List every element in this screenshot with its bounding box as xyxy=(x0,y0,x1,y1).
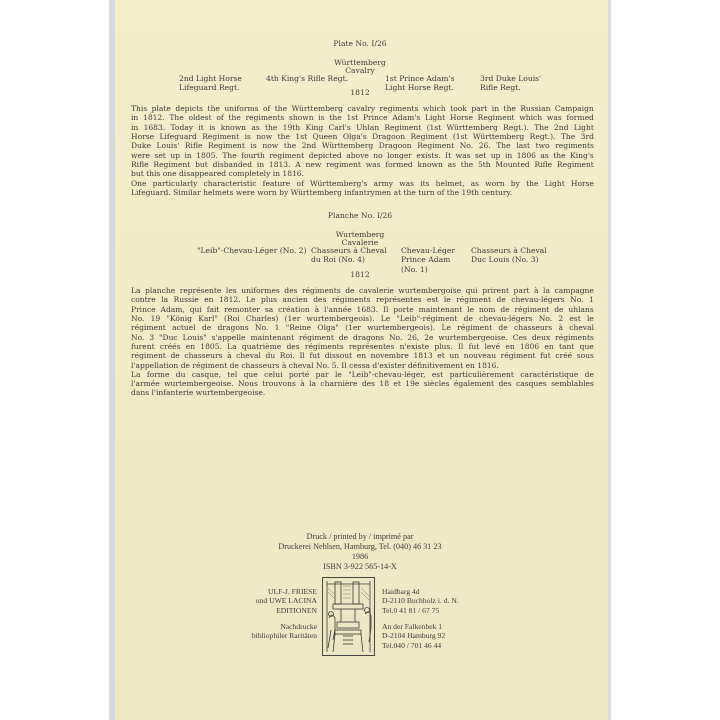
paragraph-line: in1812.Theoldestoftheregimentsshownisthe… xyxy=(131,113,594,122)
description-fr: Laplanchereprésentelesuniformesdesrégime… xyxy=(131,286,594,398)
regiment-en-4-line-2: Rifle Regt. xyxy=(480,83,541,92)
regiment-fr-2-line-2: du Roi (No. 4) xyxy=(311,255,387,264)
address-1-city: D-2110 Buchholz i. d. N. xyxy=(382,596,459,605)
publisher-tagline: Nachdrucke bibliophiler Raritäten xyxy=(230,622,317,641)
regiment-en-3-line-2: Light Horse Regt. xyxy=(385,83,454,92)
paragraph-line: l'arméewurtembergeoise.Noustrouvonsàlach… xyxy=(131,379,594,388)
regiment-fr-3-line-3: (No. 1) xyxy=(401,265,455,274)
paragraph-line: furentcréésen1805.Laquatrièmedesrégiment… xyxy=(131,342,594,351)
imprint-printer: Druckerei Nehlsen, Hamburg, Tel. (040) 4… xyxy=(240,542,480,552)
regiment-en-4: 3rd Duke Louis' Rifle Regt. xyxy=(480,74,541,93)
regiment-en-2-line-1: 4th King's Rifle Regt. xyxy=(266,74,348,83)
regiment-en-3: 1st Prince Adam's Light Horse Regt. xyxy=(385,74,454,93)
regiment-en-3-line-1: 1st Prince Adam's xyxy=(385,74,454,83)
paragraph-line: OneparticularlycharacteristicfeatureofWü… xyxy=(131,179,594,188)
page-edge-right xyxy=(608,0,611,720)
regiment-en-2: 4th King's Rifle Regt. xyxy=(266,74,348,83)
publisher-name-line-1: ULF-J. FRIESE xyxy=(240,587,317,596)
plate-number-en: Plate No. I/26 xyxy=(310,39,410,48)
regiment-fr-1: "Leib"-Chevau-Léger (No. 2) xyxy=(197,246,306,255)
publisher-name-line-2: und UWE LACINA xyxy=(240,596,317,605)
paragraph-line: RifleRegimentbutdisbandedin1813.Anewregi… xyxy=(131,160,594,169)
paragraph-line: No.3"DucLouis"s'appellemaintenantrégimen… xyxy=(131,333,594,342)
paragraph-line: weresetupin1805.Thefourthregimentdepicte… xyxy=(131,151,594,160)
address-1-phone: Tel.0 41 81 / 67 75 xyxy=(382,606,459,615)
year-en: 1812 xyxy=(330,88,390,97)
regiment-fr-1-line-1: "Leib"-Chevau-Léger (No. 2) xyxy=(197,246,306,255)
address-1-street: Haidbarg 4d xyxy=(382,587,459,596)
paragraph-line: dans l'infanterie wurtembergeoise. xyxy=(131,388,594,397)
regiment-fr-3: Chevau-Léger Prince Adam (No. 1) xyxy=(401,246,455,274)
regiment-fr-3-line-1: Chevau-Léger xyxy=(401,246,455,255)
paragraph-line: l'appellation de régiment de chasseurs à… xyxy=(131,361,594,370)
paragraph-line: Laplanchereprésentelesuniformesdesrégime… xyxy=(131,286,594,295)
paragraph-line: Lifeguard. Similar helmets were worn by … xyxy=(131,188,594,197)
imprint-isbn: ISBN 3-922 565-14-X xyxy=(240,562,480,572)
publisher-tagline-line-1: Nachdrucke xyxy=(230,622,317,631)
imprint-printed-by: Druck / printed by / imprimé par xyxy=(240,532,480,542)
address-2-city: D-2104 Hamburg 92 xyxy=(382,631,445,640)
paragraph-line: contrelaRussieen1812.Leplusanciendesrégi… xyxy=(131,295,594,304)
regiment-fr-2: Chasseurs à Cheval du Roi (No. 4) xyxy=(311,246,387,265)
regiment-en-4-line-1: 3rd Duke Louis' xyxy=(480,74,541,83)
paragraph-line: PrinceAdam,quifaitremontersacréationàl'a… xyxy=(131,305,594,314)
year-fr: 1812 xyxy=(330,270,390,279)
paragraph-line: régimentactueldedragonsNo.1"ReineOlga"(1… xyxy=(131,323,594,332)
paragraph-line: Laformeducasque,telqueceluiportéparle"Le… xyxy=(131,370,594,379)
address-2-phone: Tel.040 / 701 46 44 xyxy=(382,641,445,650)
publisher-name: ULF-J. FRIESE und UWE LACINA EDITIONEN xyxy=(240,587,317,615)
imprint: Druck / printed by / imprimé par Drucker… xyxy=(240,532,480,572)
paragraph-line: No.19"KönigKarl"(RoiCharles)(1erwurtembe… xyxy=(131,314,594,323)
paragraph-line: in1683.Todayitisknownasthe19thKingCarl's… xyxy=(131,123,594,132)
paragraph-line: régimentdechasseursàchevalduRoi.Ilfutdis… xyxy=(131,351,594,360)
address-2-street: An der Falkenbek 1 xyxy=(382,622,445,631)
regiment-en-1-line-1: 2nd Light Horse xyxy=(179,74,242,83)
plate-number-fr: Planche No. I/26 xyxy=(300,211,420,220)
paragraph-line: ThisplatedepictstheuniformsoftheWürttemb… xyxy=(131,104,594,113)
publisher-tagline-line-2: bibliophiler Raritäten xyxy=(230,631,317,640)
regiment-fr-3-line-2: Prince Adam xyxy=(401,255,455,264)
publisher-name-line-3: EDITIONEN xyxy=(240,606,317,615)
regiment-fr-4-line-1: Chasseurs à Cheval xyxy=(471,246,547,255)
publisher-address-2: An der Falkenbek 1 D-2104 Hamburg 92 Tel… xyxy=(382,622,445,650)
imprint-year: 1986 xyxy=(240,552,480,562)
regiment-en-1: 2nd Light Horse Lifeguard Regt. xyxy=(179,74,242,93)
publisher-address-1: Haidbarg 4d D-2110 Buchholz i. d. N. Tel… xyxy=(382,587,459,615)
regiment-fr-2-line-1: Chasseurs à Cheval xyxy=(311,246,387,255)
page-edge-left xyxy=(109,0,115,720)
regiment-fr-4-line-2: Duc Louis (No. 3) xyxy=(471,255,547,264)
description-en: ThisplatedepictstheuniformsoftheWürttemb… xyxy=(131,104,594,197)
regiment-en-1-line-2: Lifeguard Regt. xyxy=(179,83,242,92)
printing-press-woodcut-icon xyxy=(322,577,375,656)
paragraph-line: DukeLouis'RifleRegimentisnowthe2ndWürtte… xyxy=(131,141,594,150)
paragraph-line: but this one disappeared completely in 1… xyxy=(131,169,594,178)
paragraph-line: HorseLifeguardRegimentisnowthe1stQueenOl… xyxy=(131,132,594,141)
regiment-fr-4: Chasseurs à Cheval Duc Louis (No. 3) xyxy=(471,246,547,265)
